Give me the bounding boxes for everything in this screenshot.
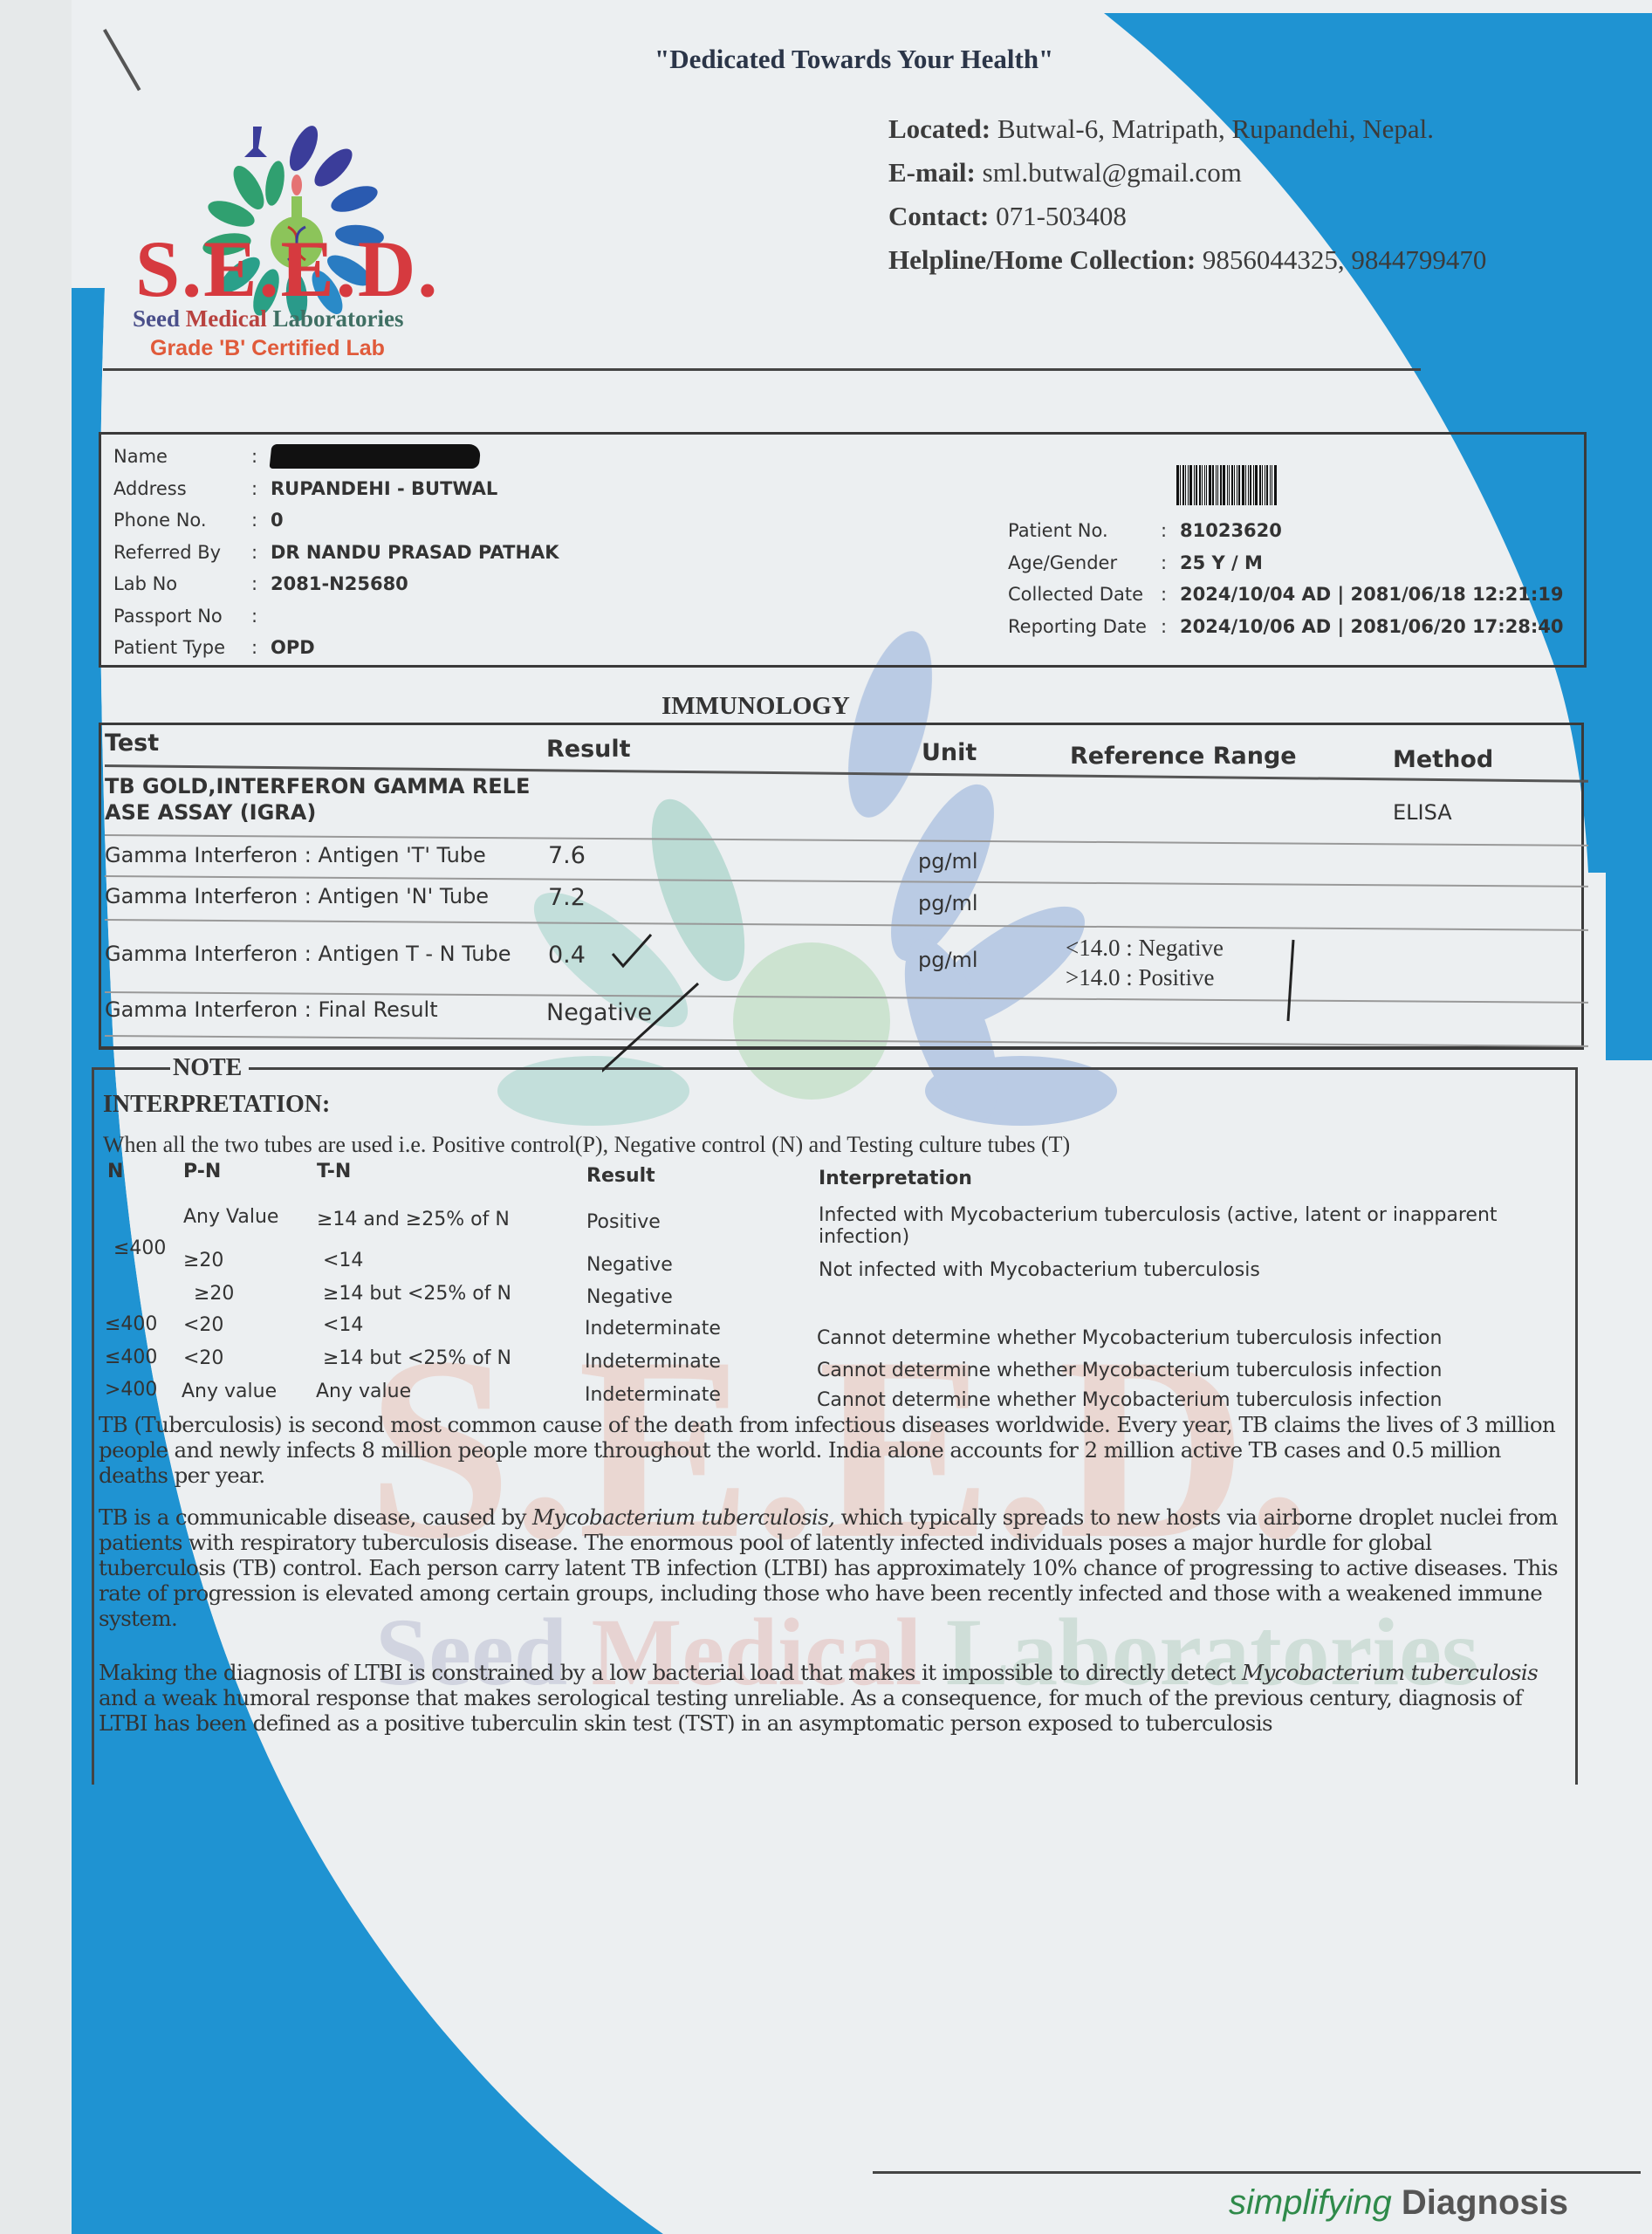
row-final-test: Gamma Interferon : Final Result [105,997,438,1022]
interp-cell: Any value [182,1381,277,1402]
barcode-bar [1245,465,1246,505]
field-address: Address:RUPANDEHI - BUTWAL [113,473,559,505]
interp-cell: Negative [586,1254,673,1276]
field-referred-by: Referred By:DR NANDU PRASAD PATHAK [113,537,559,569]
interp-cell: <20 [183,1347,223,1369]
field-phone: Phone No.:0 [113,504,559,537]
panel-name-line1: TB GOLD,INTERFERON GAMMA RELE [105,774,530,798]
barcode-bar [1217,465,1218,505]
row-n-tube-unit: pg/ml [918,891,978,915]
col-header-unit: Unit [922,739,977,766]
col-header-method: Method [1393,746,1493,773]
row-t-tube-result: 7.6 [548,842,586,869]
interp-cell: Indeterminate [585,1318,721,1340]
interp-cell: ≥20 [183,1250,223,1271]
interp-cell: Indeterminate [585,1351,721,1373]
contact-helpline: Helpline/Home Collection: 9856044325, 98… [888,244,1486,288]
barcode-bar [1255,465,1258,505]
barcode-bar [1182,465,1184,505]
patient-fields-right: Patient No.:81023620 Age/Gender:25 Y / M… [1008,515,1564,642]
field-name: Name: [113,441,559,473]
field-lab-no: Lab No:2081-N25680 [113,568,559,600]
contact-email: E-mail: sml.butwal@gmail.com [888,157,1486,201]
row-t-tube-test: Gamma Interferon : Antigen 'T' Tube [105,843,486,867]
field-collected-date: Collected Date:2024/10/04 AD | 2081/06/1… [1008,579,1564,611]
brand-name: S.E.E.D. [135,223,439,315]
barcode-icon [1176,465,1300,505]
barcode-bar [1237,465,1237,505]
contact-location: Located: Butwal-6, Matripath, Rupandehi,… [888,113,1486,157]
interp-cell: ≤400 [105,1313,157,1335]
field-patient-type: Patient Type:OPD [113,632,559,664]
col-header-reference: Reference Range [1070,743,1297,770]
field-passport-no: Passport No: [113,600,559,633]
reference-positive: >14.0 : Positive [1066,964,1215,991]
interp-cell: Positive [586,1211,661,1233]
footer-divider [873,2171,1641,2174]
brand-sub-laboratories: Laboratories [272,305,403,332]
barcode-bar [1259,465,1261,505]
interp-cell: ≤400 [105,1347,157,1368]
reference-negative: <14.0 : Negative [1066,935,1224,962]
tb-paragraph-3: Making the diagnosis of LTBI is constrai… [99,1660,1565,1736]
barcode-bar [1189,465,1192,505]
contact-block: Located: Butwal-6, Matripath, Rupandehi,… [888,113,1486,288]
interp-cell: infection) [819,1226,909,1248]
barcode-bar [1202,465,1203,505]
interp-col-result: Result [586,1165,655,1187]
row-tn-tube-unit: pg/ml [918,948,978,972]
interp-cell: ≤400 [113,1237,166,1259]
barcode-bar [1188,465,1189,505]
brand-sub-seed: Seed [133,305,180,332]
barcode-bar [1270,465,1271,505]
barcode-bar [1216,465,1217,505]
grade-certification: Grade 'B' Certified Lab [150,336,385,361]
barcode-bar [1194,465,1195,505]
interp-col-pn: P-N [183,1161,221,1182]
barcode-bar [1229,465,1230,505]
footer-tagline: simplifying Diagnosis [1229,2183,1568,2223]
barcode-bar [1248,465,1249,505]
interp-cell: Negative [586,1286,673,1308]
field-age-gender: Age/Gender:25 Y / M [1008,547,1564,579]
barcode-bar [1231,465,1233,505]
barcode-bar [1227,465,1228,505]
panel-method: ELISA [1393,800,1452,825]
barcode-bar [1185,465,1186,505]
patient-fields-left: Name: Address:RUPANDEHI - BUTWAL Phone N… [113,441,559,664]
barcode-bar [1206,465,1207,505]
barcode-bar [1234,465,1235,505]
field-patient-no: Patient No.:81023620 [1008,515,1564,547]
interp-cell: ≥14 but <25% of N [323,1347,511,1369]
barcode-bar [1238,465,1240,505]
tagline: "Dedicated Towards Your Health" [655,44,1053,75]
interp-cell: <14 [323,1314,363,1336]
panel-name-line2: ASE ASSAY (IGRA) [105,800,316,825]
interp-cell: ≥14 and ≥25% of N [317,1209,510,1230]
redacted-name [270,444,482,469]
handwritten-line-icon [1283,938,1300,1025]
barcode-bar [1250,465,1251,505]
brand-sub-medical: Medical [186,305,267,332]
note-divider-right [249,1067,1578,1070]
interp-cell: Infected with Mycobacterium tuberculosis… [819,1204,1498,1226]
barcode-bar [1274,465,1277,505]
note-label: NOTE [173,1054,242,1082]
interp-cell: <14 [323,1250,363,1271]
barcode-bar [1265,465,1265,505]
barcode-bar [1220,465,1222,505]
tb-paragraph-1: TB (Tuberculosis) is second most common … [99,1412,1565,1488]
interp-cell: Not infected with Mycobacterium tubercul… [819,1259,1260,1281]
row-t-tube-unit: pg/ml [918,849,978,874]
barcode-bar [1266,465,1268,505]
barcode-bar [1242,465,1244,505]
field-reporting-date: Reporting Date:2024/10/06 AD | 2081/06/2… [1008,611,1564,643]
tb-paragraph-2: TB is a communicable disease, caused by … [99,1504,1565,1631]
header-divider [103,368,1421,371]
barcode-bar [1196,465,1197,505]
interp-col-tn: T-N [317,1161,351,1182]
interp-cell: Cannot determine whether Mycobacterium t… [817,1327,1442,1349]
interpretation-heading: INTERPRETATION: [103,1091,330,1119]
interp-cell: ≥20 [194,1283,234,1305]
interp-cell: Any Value [183,1206,278,1228]
brand-subtitle: Seed Medical Laboratories [133,305,403,332]
note-divider-left [92,1067,170,1070]
barcode-bar [1176,465,1179,505]
interp-cell: >400 [105,1379,157,1401]
row-tn-tube-result: 0.4 [548,942,586,969]
barcode-bar [1199,465,1201,505]
interp-cell: Indeterminate [585,1384,721,1406]
barcode-bar [1209,465,1211,505]
barcode-bar [1204,465,1205,505]
barcode-bar [1212,465,1214,505]
col-header-result: Result [546,736,631,763]
barcode-bar [1180,465,1181,505]
row-tn-tube-test: Gamma Interferon : Antigen T - N Tube [105,942,511,966]
contact-phone: Contact: 071-503408 [888,201,1486,244]
barcode-bar [1272,465,1272,505]
row-n-tube-result: 7.2 [548,884,586,911]
section-title: IMMUNOLOGY [661,692,850,721]
interpretation-intro: When all the two tubes are used i.e. Pos… [103,1132,1070,1158]
handwritten-checkmark-icon [602,929,881,1078]
col-header-test: Test [105,730,159,757]
row-n-tube-test: Gamma Interferon : Antigen 'N' Tube [105,884,489,908]
interp-cell: Any value [316,1381,411,1402]
interp-cell: Cannot determine whether Mycobacterium t… [817,1389,1442,1411]
barcode-bar [1223,465,1225,505]
interp-cell: <20 [183,1314,223,1336]
interp-col-n: N [107,1161,123,1182]
interp-col-interpretation: Interpretation [819,1168,972,1189]
interp-cell: ≥14 but <25% of N [323,1283,511,1305]
barcode-bar [1262,465,1263,505]
interp-cell: Cannot determine whether Mycobacterium t… [817,1360,1442,1381]
barcode-bar [1253,465,1254,505]
